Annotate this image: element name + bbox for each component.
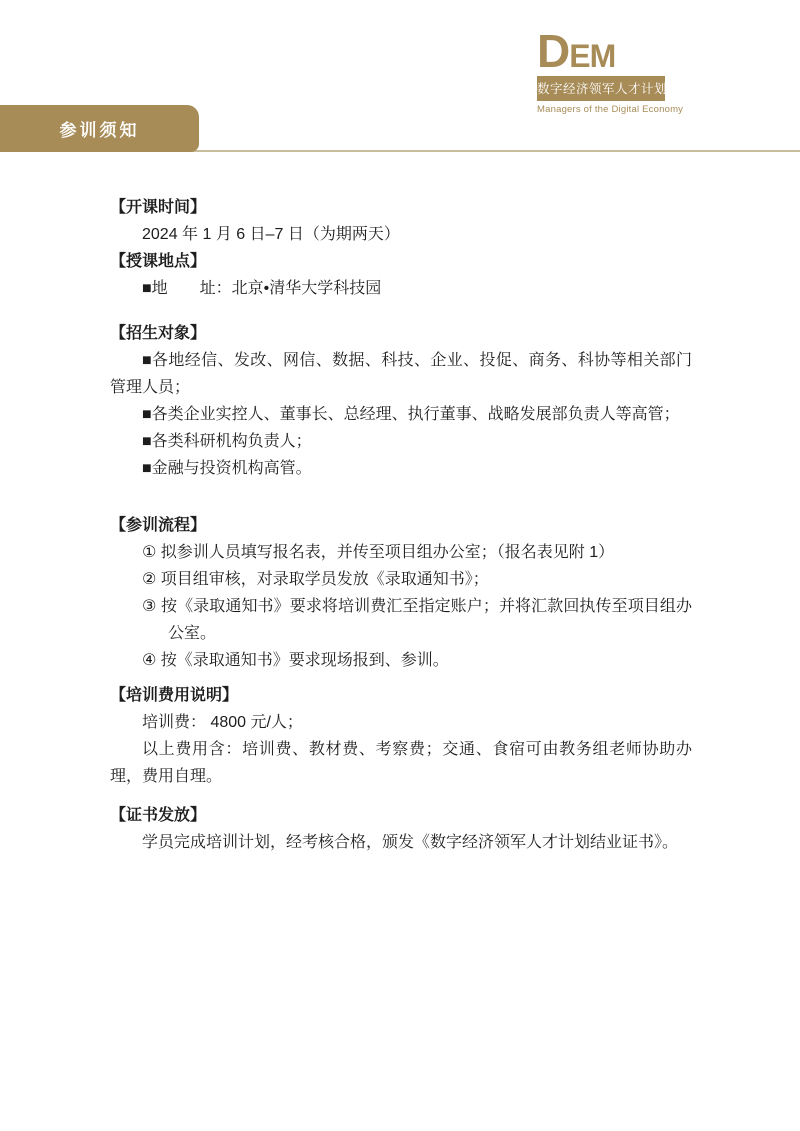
section-schedule: 【开课时间】 2024 年 1 月 6 日–7 日（为期两天） (110, 194, 692, 248)
section-tab-label: 参训须知 (60, 116, 140, 141)
section-certificate: 【证书发放】 学员完成培训计划，经考核合格，颁发《数字经济领军人才计划结业证书》… (110, 802, 692, 856)
certificate-line: 学员完成培训计划，经考核合格，颁发《数字经济领军人才计划结业证书》。 (110, 829, 692, 856)
dem-logo-letter-d: D (537, 25, 569, 77)
section-process: 【参训流程】 ① 拟参训人员填写报名表，并传至项目组办公室；（报名表见附 1） … (110, 512, 692, 674)
dem-logo: DEM 数字经济领军人才计划 Managers of the Digital E… (537, 28, 665, 115)
fees-note-line: 以上费用含：培训费、教材费、考察费；交通、食宿可由教务组老师协助办理，费用自理。 (110, 736, 692, 790)
section-fees: 【培训费用说明】 培训费： 4800 元/人； 以上费用含：培训费、教材费、考察… (110, 682, 692, 790)
section-location: 【授课地点】 ■地 址：北京•清华大学科技园 (110, 248, 692, 302)
process-step: ② 项目组审核，对录取学员发放《录取通知书》； (110, 566, 692, 593)
section-tab: 参训须知 (0, 105, 199, 152)
document-page: DEM 数字经济领军人才计划 Managers of the Digital E… (0, 0, 800, 1131)
certificate-title: 【证书发放】 (110, 802, 692, 829)
schedule-date: 2024 年 1 月 6 日–7 日（为期两天） (110, 221, 692, 248)
audience-bullet: ■各类企业实控人、董事长、总经理、执行董事、战略发展部负责人等高管； (110, 401, 692, 428)
dem-logo-banner: 数字经济领军人才计划 (537, 76, 665, 101)
audience-bullet: ■金融与投资机构高管。 (110, 455, 692, 482)
document-content: 【开课时间】 2024 年 1 月 6 日–7 日（为期两天） 【授课地点】 ■… (110, 194, 692, 856)
audience-bullet: ■各地经信、发改、网信、数据、科技、企业、投促、商务、科协等相关部门管理人员； (110, 347, 692, 401)
process-step: ① 拟参训人员填写报名表，并传至项目组办公室；（报名表见附 1） (110, 539, 692, 566)
location-title: 【授课地点】 (110, 248, 692, 275)
location-address: ■地 址：北京•清华大学科技园 (110, 275, 692, 302)
dem-logo-subtitle: Managers of the Digital Economy (537, 104, 665, 115)
schedule-title: 【开课时间】 (110, 194, 692, 221)
fees-title: 【培训费用说明】 (110, 682, 692, 709)
process-step: ④ 按《录取通知书》要求现场报到、参训。 (110, 647, 692, 674)
fees-fee-line: 培训费： 4800 元/人； (110, 709, 692, 736)
section-audience: 【招生对象】 ■各地经信、发改、网信、数据、科技、企业、投促、商务、科协等相关部… (110, 320, 692, 482)
dem-logo-acronym: DEM (537, 28, 665, 74)
audience-title: 【招生对象】 (110, 320, 692, 347)
process-step: ③ 按《录取通知书》要求将培训费汇至指定账户；并将汇款回执传至项目组办公室。 (110, 593, 692, 647)
audience-bullet: ■各类科研机构负责人； (110, 428, 692, 455)
dem-logo-letters-em: EM (569, 38, 615, 74)
process-title: 【参训流程】 (110, 512, 692, 539)
